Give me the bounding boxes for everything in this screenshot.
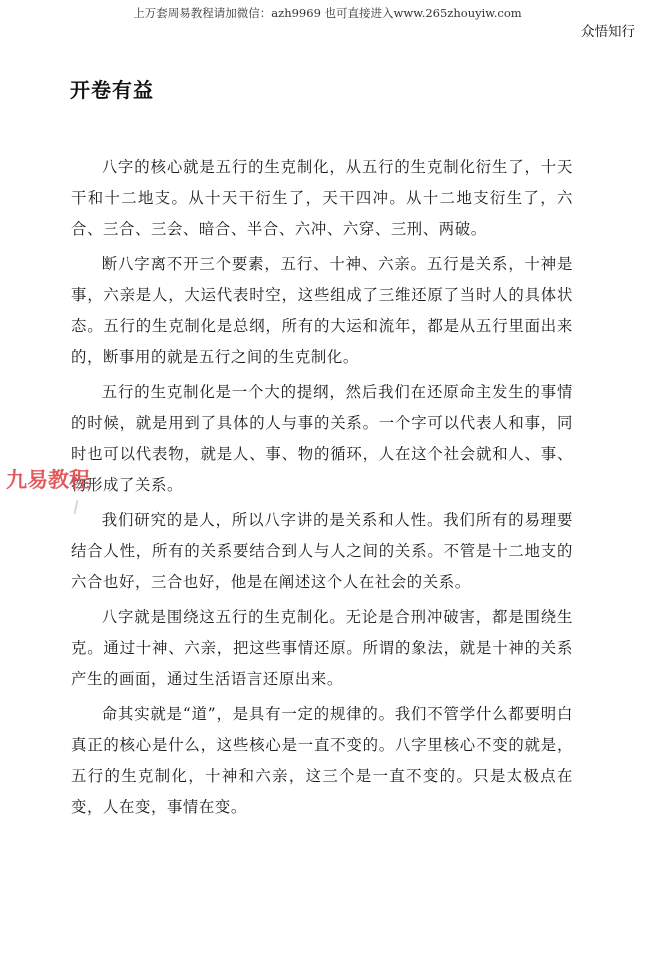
brand-label: 众悟知行	[581, 20, 635, 40]
watermark-logo: 九易教程	[6, 464, 90, 494]
paragraph-1: 八字的核心就是五行的生克制化，从五行的生克制化衍生了，十天干和十二地支。从十天干…	[71, 152, 573, 245]
paragraph-6: 命其实就是“道”，是具有一定的规律的。我们不管学什么都要明白真正的核心是什么，这…	[71, 699, 573, 823]
page-title: 开卷有益	[70, 74, 154, 103]
paragraph-4: 我们研究的是人，所以八字讲的是关系和人性。我们所有的易理要结合人性，所有的关系要…	[71, 505, 573, 598]
paragraph-2: 断八字离不开三个要素，五行、十神、六亲。五行是关系，十神是事，六亲是人，大运代表…	[71, 249, 573, 373]
document-body: 八字的核心就是五行的生克制化，从五行的生克制化衍生了，十天干和十二地支。从十天干…	[71, 152, 573, 827]
paragraph-5: 八字就是围绕这五行的生克制化。无论是合刑冲破害，都是围绕生克。通过十神、六亲，把…	[71, 602, 573, 695]
paragraph-3: 五行的生克制化是一个大的提纲，然后我们在还原命主发生的事情的时候，就是用到了具体…	[71, 377, 573, 501]
promo-banner: 上万套周易教程请加微信：azh9969 也可直接进入www.265zhouyiw…	[0, 5, 655, 21]
